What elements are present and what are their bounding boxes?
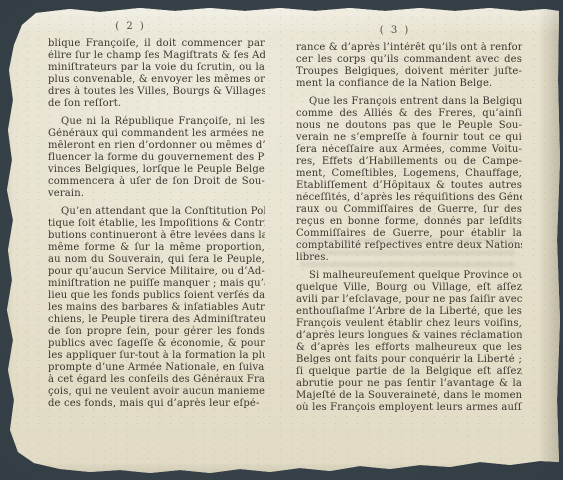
text-line: nous ne doutons pas que le Peuple Sou- xyxy=(296,120,522,132)
text-line: au nom du Souverain, qui ſera le Peuple, xyxy=(48,254,265,266)
text-line: vinces Belgiques, lorſque le Peuple Belg… xyxy=(48,164,265,176)
text-line: raux ou Commiſſaires de Guerre, ſur des xyxy=(296,204,522,216)
text-line: verain ne s’empreſſe à fournir tout ce q… xyxy=(296,132,522,144)
scan-background: ( 2 ) blique Françoiſe, il doit commence… xyxy=(0,0,563,480)
text-line: mêleront en rien d’ordonner ou mêmes d’i… xyxy=(48,140,265,152)
paragraph: Qu’en attendant que la Conſtitution Poli… xyxy=(48,206,265,410)
text-line: & d’après les efforts malheureux que les xyxy=(296,342,522,354)
text-line: prompte d’une Armée Nationale, en ſuivan… xyxy=(48,362,265,374)
text-line: comptabilité reſpectives entre deux Nati… xyxy=(296,240,522,252)
text-line: ment, Comeſtibles, Logemens, Chauffage, xyxy=(296,168,522,180)
text-line: Etabliſſement d’Hôpitaux & toutes autres xyxy=(296,180,522,192)
text-line: Que les François entrent dans la Belgiqu… xyxy=(296,96,522,108)
text-line: de ſon propre ſein, pour gérer les fonds xyxy=(48,326,265,338)
text-line: comme des Alliés & des Freres, qu’ainſi xyxy=(296,108,522,120)
text-line: çois, qui ne veulent avoir aucun manieme… xyxy=(48,386,265,398)
text-line: Majeſté de la Souveraineté, dans le mome… xyxy=(296,390,522,402)
text-line: où les François employent leurs armes au… xyxy=(296,402,522,414)
text-line: butions continueront à être levées dans … xyxy=(48,230,265,242)
document-leaf: ( 2 ) blique Françoiſe, il doit commence… xyxy=(0,0,563,480)
text-line: d’après leurs longues & vaines réclamati… xyxy=(296,330,522,342)
text-line: avili par l’eſclavage, pour ne pas ſaiſi… xyxy=(296,294,522,306)
text-line: commencera à uſer de ſon Droit de Sou- xyxy=(48,176,265,188)
text-line: Troupes Belgiques, doivent mériter juſte… xyxy=(296,66,522,78)
text-line: plus convenable, & envoyer les mêmes or- xyxy=(48,74,265,86)
text-line: néceſſités, d’après les réquiſitions des… xyxy=(296,192,522,204)
page-text: rance & d’après l’intérêt qu’ils ont à r… xyxy=(296,42,522,414)
text-line: chiens, le Peuple tirera des Adminiſtrat… xyxy=(48,314,265,326)
text-line: les mains des barbares & inſatiables Aut… xyxy=(48,302,265,314)
text-line: blique Françoiſe, il doit commencer par xyxy=(48,38,265,50)
text-line: libres. xyxy=(296,252,522,264)
text-line: ment la confiance de la Nation Belge. xyxy=(296,78,522,90)
text-line: publics avec ſageſſe & économie, & pour xyxy=(48,338,265,350)
text-line: tique ſoit établie, les Impoſitions & Co… xyxy=(48,218,265,230)
page-2-column: ( 2 ) blique Françoiſe, il doit commence… xyxy=(48,21,265,410)
paragraph: Si malheureuſement quelque Province ouqu… xyxy=(296,270,522,414)
text-line: de ces fonds, mais qui d’après leur eſpé… xyxy=(48,398,265,410)
text-line: à cet égard les conſeils des Généraux Fr… xyxy=(48,374,265,386)
text-line: Généraux qui commandent les armées ne ſe xyxy=(48,128,265,140)
text-line: Que ni la République Françoiſe, ni les xyxy=(48,116,265,128)
text-line: dres à toutes les Villes, Bourgs & Villa… xyxy=(48,86,265,98)
page-number-2: ( 2 ) xyxy=(22,21,239,33)
text-line: cer les corps qu’ils commandent avec des xyxy=(296,54,522,66)
text-line: de ſon reſſort. xyxy=(48,98,265,110)
text-line: Si malheureuſement quelque Province ou xyxy=(296,270,522,282)
page-3-column: ( 3 ) rance & d’après l’intérêt qu’ils o… xyxy=(296,25,522,414)
text-line: rance & d’après l’intérêt qu’ils ont à r… xyxy=(296,42,522,54)
text-line: Qu’en attendant que la Conſtitution Poli… xyxy=(48,206,265,218)
text-line: quelque Ville, Bourg ou Village, eſt aſſ… xyxy=(296,282,522,294)
page-number-3: ( 3 ) xyxy=(282,25,508,37)
text-line: François veulent établir chez leurs voiſ… xyxy=(296,318,522,330)
paragraph: blique Françoiſe, il doit commencer paré… xyxy=(48,38,265,110)
text-line: verain. xyxy=(48,188,265,200)
text-line: ſi quelque partie de la Belgique eſt aſſ… xyxy=(296,366,522,378)
text-line: élire ſur le champ ſes Magiſtrats & ſes … xyxy=(48,50,265,62)
page-text: blique Françoiſe, il doit commencer paré… xyxy=(48,38,265,410)
text-line: miniſtration ne puiſſe manquer ; mais qu… xyxy=(48,278,265,290)
text-line: miniſtrateurs par la voie du ſcrutin, ou… xyxy=(48,62,265,74)
paragraph: rance & d’après l’intérêt qu’ils ont à r… xyxy=(296,42,522,90)
text-line: enthouſiaſme l’Arbre de la Liberté, que … xyxy=(296,306,522,318)
text-line: reçus en bonne forme, donnés par leſdits xyxy=(296,216,522,228)
text-line: fluencer la forme du gouvernement des Pr… xyxy=(48,152,265,164)
text-line: Belges ont faits pour conquérir la Liber… xyxy=(296,354,522,366)
text-line: pour qu’aucun Service Militaire, ou d’Ad… xyxy=(48,266,265,278)
paragraph: Que ni la République Françoiſe, ni lesGé… xyxy=(48,116,265,200)
text-line: ſera néceſſaire aux Armées, comme Voitu- xyxy=(296,144,522,156)
text-line: Commiſſaires de Guerre, pour établir la xyxy=(296,228,522,240)
text-line: lieu que les fonds publics ſoient verſés… xyxy=(48,290,265,302)
text-line: même forme & ſur la même proportion, xyxy=(48,242,265,254)
text-line: res, Effets d’Habillements ou de Campe- xyxy=(296,156,522,168)
text-line: abrutie pour ne pas ſentir l’avantage & … xyxy=(296,378,522,390)
text-line: les appliquer ſur-tout à la formation la… xyxy=(48,350,265,362)
paragraph: Que les François entrent dans la Belgiqu… xyxy=(296,96,522,264)
